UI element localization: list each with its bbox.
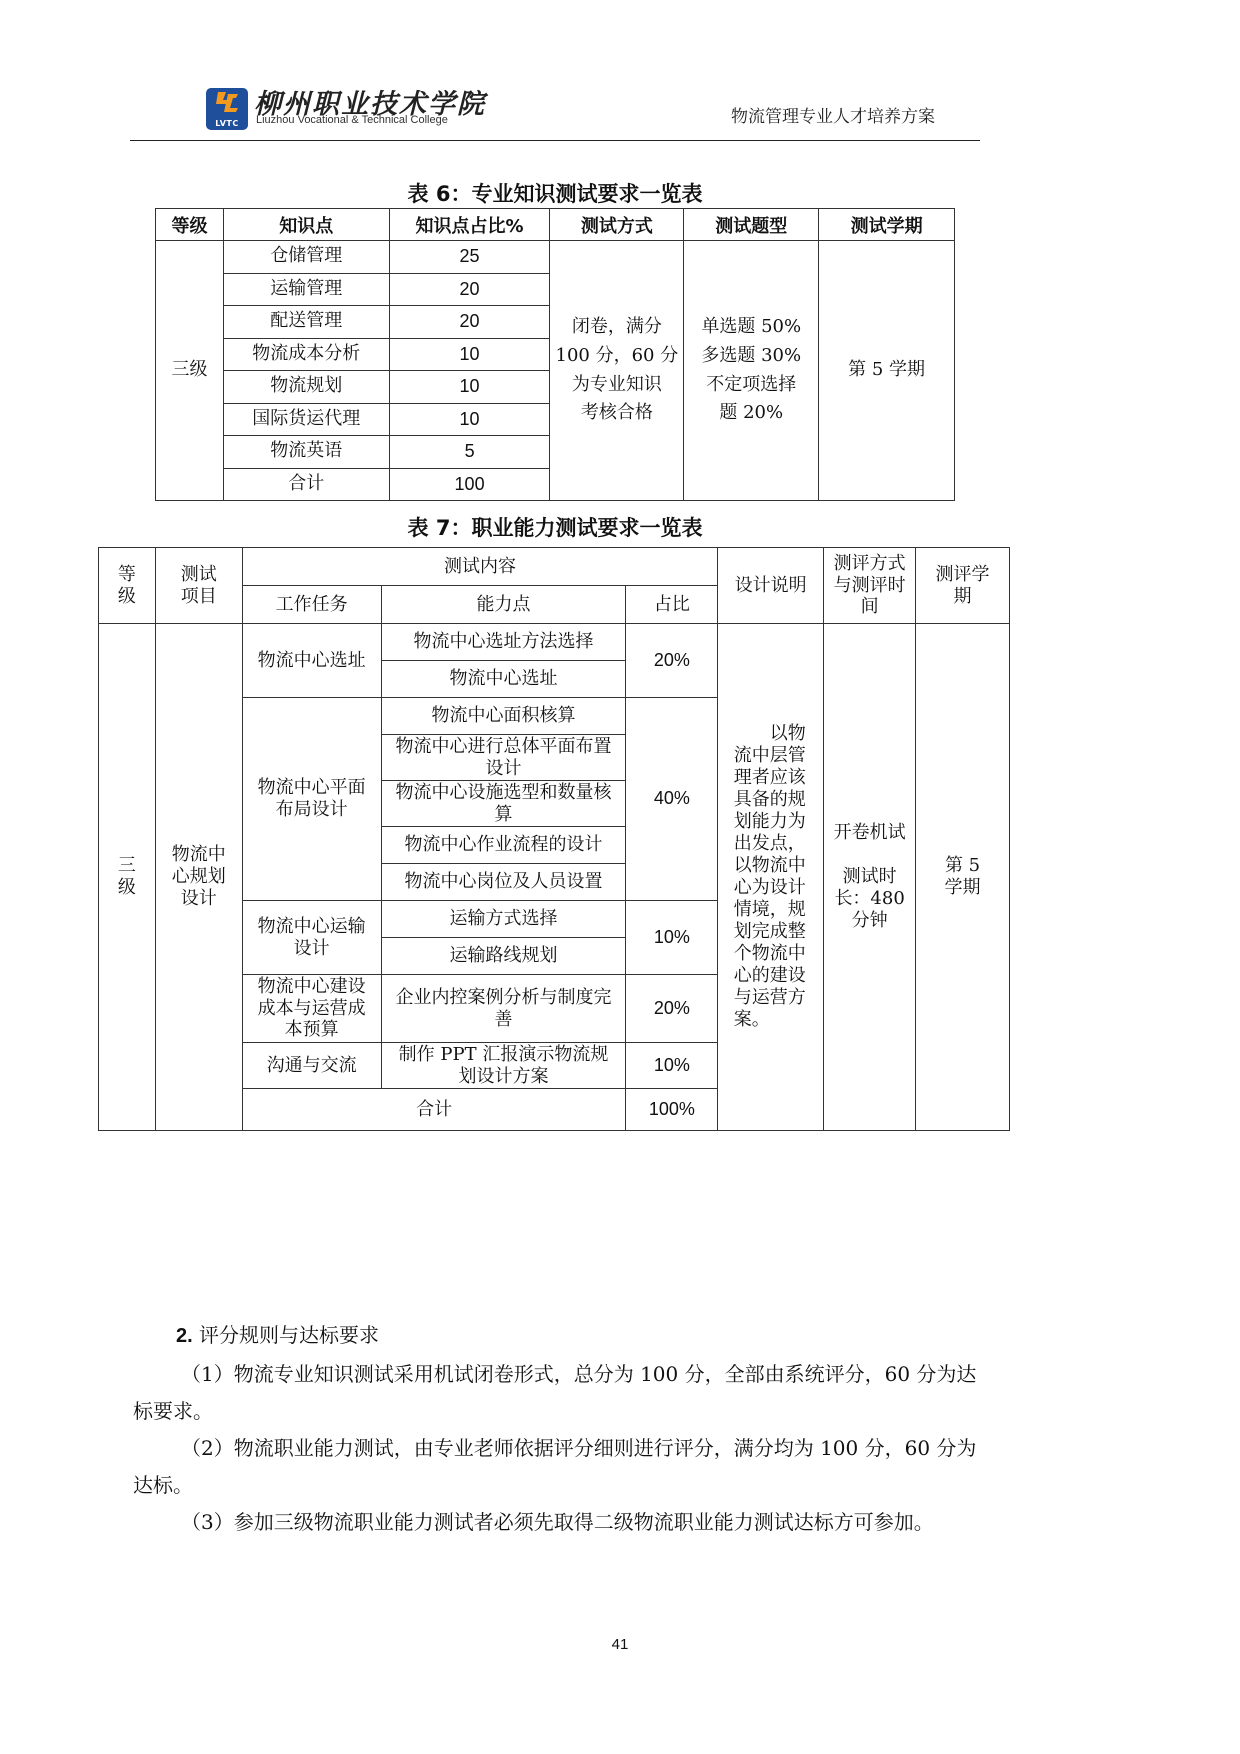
ratio-cell: 10% bbox=[626, 901, 718, 975]
topic-cell: 配送管理 bbox=[223, 306, 389, 339]
ability-cell: 物流中心面积核算 bbox=[381, 698, 626, 735]
table7-caption: 表 7：职业能力测试要求一览表 bbox=[155, 512, 955, 542]
ability-cell: 物流中心设施选型和数量核算 bbox=[381, 781, 626, 827]
level-text: 三级 bbox=[117, 855, 137, 899]
topic-cell: 合计 bbox=[223, 468, 389, 501]
topic-cell: 运输管理 bbox=[223, 273, 389, 306]
percent-cell: 20 bbox=[389, 306, 550, 339]
total-ratio-cell: 100% bbox=[626, 1089, 718, 1131]
ability-cell: 企业内控案例分析与制度完善 bbox=[381, 975, 626, 1043]
ability-text: 制作 PPT 汇报演示物流规划设计方案 bbox=[394, 1044, 614, 1088]
document-title: 物流管理专业人才培养方案 bbox=[731, 102, 935, 127]
task-cell: 物流中心建设成本与运营成本预算 bbox=[242, 975, 381, 1043]
col-header-semester: 测评学期 bbox=[916, 548, 1010, 624]
table-header-row: 等级 测试项目 测试内容 设计说明 测评方式与测评时间 测评学期 bbox=[99, 548, 1010, 586]
table-header-row: 等级 知识点 知识点占比% 测试方式 测试题型 测试学期 bbox=[156, 209, 955, 241]
percent-cell: 20 bbox=[389, 273, 550, 306]
ability-cell: 物流中心岗位及人员设置 bbox=[381, 864, 626, 901]
college-logo: LVTC bbox=[206, 88, 248, 130]
page-number: 41 bbox=[0, 1636, 1240, 1653]
col-header: 测试学期 bbox=[819, 209, 955, 241]
col-header-item: 测试项目 bbox=[155, 548, 242, 624]
logo-text: LVTC bbox=[206, 119, 248, 128]
percent-cell: 100 bbox=[389, 468, 550, 501]
paragraph-3: （3）参加三级物流职业能力测试者必须先取得二级物流职业能力测试达标方可参加。 bbox=[133, 1504, 983, 1541]
item-text: 物流中心规划设计 bbox=[170, 844, 228, 910]
col-header: 等级 bbox=[156, 209, 224, 241]
question-type-line: 单选题 50% bbox=[688, 313, 814, 342]
page-header: LVTC 柳州职业技术学院 Liuzhou Vocational & Techn… bbox=[130, 78, 980, 128]
ratio-cell: 10% bbox=[626, 1043, 718, 1089]
logo-mark-icon bbox=[214, 92, 240, 112]
table-row: 三级 物流中心规划设计 物流中心选址 物流中心选址方法选择 20% 以物流中层管… bbox=[99, 624, 1010, 661]
task-cell: 沟通与交流 bbox=[242, 1043, 381, 1089]
col-header-task: 工作任务 bbox=[242, 586, 381, 624]
table7-ability-test: 等级 测试项目 测试内容 设计说明 测评方式与测评时间 测评学期 工作任务 能力… bbox=[98, 547, 1010, 1131]
col-header-design: 设计说明 bbox=[718, 548, 824, 624]
task-text: 物流中心运输设计 bbox=[257, 916, 367, 960]
semester-cell: 第 5 学期 bbox=[916, 624, 1010, 1131]
method-line: 100 分，60 分 bbox=[554, 342, 679, 371]
method-line: 闭卷，满分 bbox=[554, 313, 679, 342]
col-header-ability: 能力点 bbox=[381, 586, 626, 624]
ability-cell: 物流中心进行总体平面布置设计 bbox=[381, 735, 626, 781]
header-text: 等级 bbox=[117, 564, 137, 608]
ability-text: 企业内控案例分析与制度完善 bbox=[394, 987, 614, 1031]
ability-text: 物流中心设施选型和数量核算 bbox=[394, 782, 614, 826]
header-text: 测试项目 bbox=[179, 564, 219, 608]
topic-cell: 国际货运代理 bbox=[223, 403, 389, 436]
col-header-method: 测评方式与测评时间 bbox=[824, 548, 916, 624]
col-header: 测试方式 bbox=[550, 209, 684, 241]
task-text: 物流中心平面布局设计 bbox=[257, 777, 367, 821]
percent-cell: 10 bbox=[389, 403, 550, 436]
section-heading: 2. 评分规则与达标要求 bbox=[176, 1319, 379, 1348]
method-cell: 闭卷，满分 100 分，60 分 为专业知识 考核合格 bbox=[550, 241, 684, 501]
col-header-level: 等级 bbox=[99, 548, 156, 624]
topic-cell: 物流规划 bbox=[223, 371, 389, 404]
task-text: 物流中心建设成本与运营成本预算 bbox=[257, 976, 367, 1042]
method-cell: 开卷机试 测试时长：480分钟 bbox=[824, 624, 916, 1131]
ability-cell: 物流中心作业流程的设计 bbox=[381, 827, 626, 864]
percent-cell: 5 bbox=[389, 436, 550, 469]
method-line: 为专业知识 bbox=[554, 371, 679, 400]
header-text: 测评方式与测评时间 bbox=[832, 553, 908, 619]
paragraph-2: （2）物流职业能力测试，由专业老师依据评分细则进行评分，满分均为 100 分，6… bbox=[133, 1430, 983, 1504]
col-header-ratio: 占比 bbox=[626, 586, 718, 624]
total-label-cell: 合计 bbox=[242, 1089, 626, 1131]
semester-text: 第 5 学期 bbox=[934, 855, 992, 899]
ratio-cell: 40% bbox=[626, 698, 718, 901]
level-cell: 三级 bbox=[156, 241, 224, 501]
level-cell: 三级 bbox=[99, 624, 156, 1131]
percent-cell: 10 bbox=[389, 371, 550, 404]
method-text: 开卷机试 bbox=[832, 822, 908, 844]
col-header: 知识点占比% bbox=[389, 209, 550, 241]
question-type-line: 不定项选择 bbox=[688, 371, 814, 400]
ratio-cell: 20% bbox=[626, 624, 718, 698]
item-cell: 物流中心规划设计 bbox=[155, 624, 242, 1131]
question-type-cell: 单选题 50% 多选题 30% 不定项选择 题 20% bbox=[684, 241, 819, 501]
header-text: 测评学期 bbox=[934, 564, 992, 608]
semester-cell: 第 5 学期 bbox=[819, 241, 955, 501]
percent-cell: 10 bbox=[389, 338, 550, 371]
ability-cell: 物流中心选址 bbox=[381, 661, 626, 698]
percent-cell: 25 bbox=[389, 241, 550, 274]
section-title: 评分规则与达标要求 bbox=[199, 1323, 379, 1347]
topic-cell: 物流成本分析 bbox=[223, 338, 389, 371]
paragraph-1: （1）物流专业知识测试采用机试闭卷形式，总分为 100 分，全部由系统评分，60… bbox=[133, 1356, 983, 1430]
col-header: 知识点 bbox=[223, 209, 389, 241]
design-note-cell: 以物流中层管理者应该具备的规划能力为出发点，以物流中心为设计情境，规划完成整个物… bbox=[718, 624, 824, 1131]
section-number: 2. bbox=[176, 1325, 193, 1347]
task-cell: 物流中心运输设计 bbox=[242, 901, 381, 975]
ability-text: 物流中心进行总体平面布置设计 bbox=[394, 736, 614, 780]
col-header: 测试题型 bbox=[684, 209, 819, 241]
design-note-text: 以物流中层管理者应该具备的规划能力为出发点，以物流中心为设计情境，规划完成整个物… bbox=[734, 723, 808, 1030]
ability-cell: 物流中心选址方法选择 bbox=[381, 624, 626, 661]
ability-cell: 运输路线规划 bbox=[381, 938, 626, 975]
table6-caption: 表 6：专业知识测试要求一览表 bbox=[155, 178, 955, 208]
ability-cell: 运输方式选择 bbox=[381, 901, 626, 938]
task-cell: 物流中心选址 bbox=[242, 624, 381, 698]
topic-cell: 仓储管理 bbox=[223, 241, 389, 274]
method-line: 考核合格 bbox=[554, 399, 679, 428]
ratio-cell: 20% bbox=[626, 975, 718, 1043]
question-type-line: 题 20% bbox=[688, 399, 814, 428]
ability-cell: 制作 PPT 汇报演示物流规划设计方案 bbox=[381, 1043, 626, 1089]
task-cell: 物流中心平面布局设计 bbox=[242, 698, 381, 901]
question-type-line: 多选题 30% bbox=[688, 342, 814, 371]
topic-cell: 物流英语 bbox=[223, 436, 389, 469]
table6-knowledge-test: 等级 知识点 知识点占比% 测试方式 测试题型 测试学期 三级 仓储管理 25 … bbox=[155, 208, 955, 501]
col-header-content: 测试内容 bbox=[242, 548, 718, 586]
header-divider bbox=[130, 140, 980, 141]
table-row: 三级 仓储管理 25 闭卷，满分 100 分，60 分 为专业知识 考核合格 单… bbox=[156, 241, 955, 274]
duration-text: 测试时长：480分钟 bbox=[830, 866, 909, 932]
school-name-en: Liuzhou Vocational & Technical College bbox=[256, 114, 448, 126]
